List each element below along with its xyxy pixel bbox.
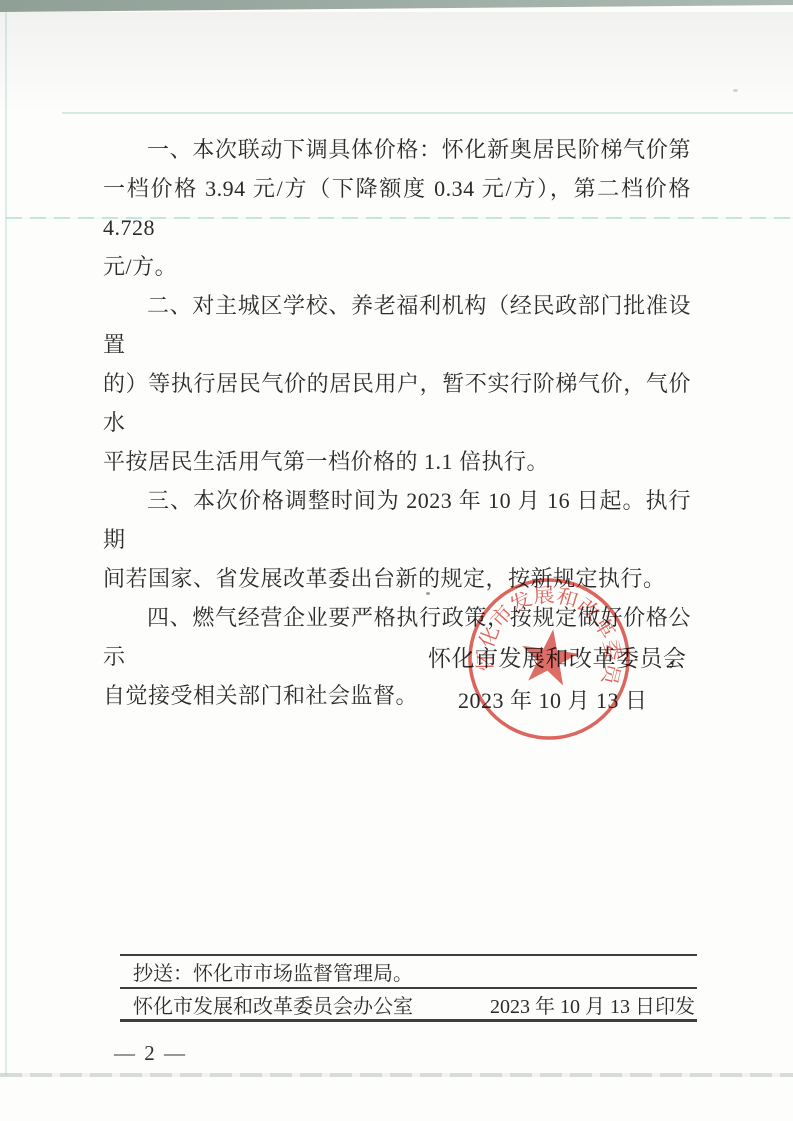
body-text-line: 平按居民生活用气第一档价格的 1.1 倍执行。 [103, 442, 691, 481]
page-number: — 2 — [114, 1041, 187, 1066]
scan-artifact-line-bottom [0, 1073, 793, 1077]
body-text-line: 二、对主城区学校、养老福利机构（经民政部门批准设置 [103, 286, 691, 364]
seal-star-icon [517, 625, 581, 687]
footer-cc-row: 抄送：怀化市市场监督管理局。 [120, 956, 697, 987]
body-text-line: 的）等执行居民气价的居民用户，暂不实行阶梯气价，气价水 [103, 364, 691, 442]
scanned-page: 一、本次联动下调具体价格：怀化新奥居民阶梯气价第一档价格 3.94 元/方（下降… [0, 0, 793, 1121]
footer-print-date: 2023 年 10 月 13 日印发 [490, 990, 695, 1019]
body-text-line: 元/方。 [103, 247, 691, 286]
footer-issue-row: 怀化市发展和改革委员会办公室 2023 年 10 月 13 日印发 [120, 989, 697, 1019]
body-text-line: 一、本次联动下调具体价格：怀化新奥居民阶梯气价第 [103, 130, 691, 169]
scan-edge-band [0, 0, 793, 12]
scan-top-shadow [0, 12, 793, 112]
footer-cc-text: 抄送：怀化市市场监督管理局。 [133, 957, 413, 986]
footer-rule-bottom [120, 1019, 697, 1022]
official-seal: 怀化市发展和改革委员会 [449, 559, 649, 759]
scan-artifact-line-top [62, 112, 793, 114]
footer-issuer-text: 怀化市发展和改革委员会办公室 [133, 990, 413, 1019]
body-text-line: 一档价格 3.94 元/方（下降额度 0.34 元/方），第二档价格 4.728 [103, 169, 691, 247]
scan-artifact-line-left [5, 12, 7, 1075]
scan-speck [733, 89, 738, 92]
body-text-line: 三、本次价格调整时间为 2023 年 10 月 16 日起。执行期 [103, 481, 691, 559]
footer-block: 抄送：怀化市市场监督管理局。 怀化市发展和改革委员会办公室 2023 年 10 … [120, 954, 697, 1022]
